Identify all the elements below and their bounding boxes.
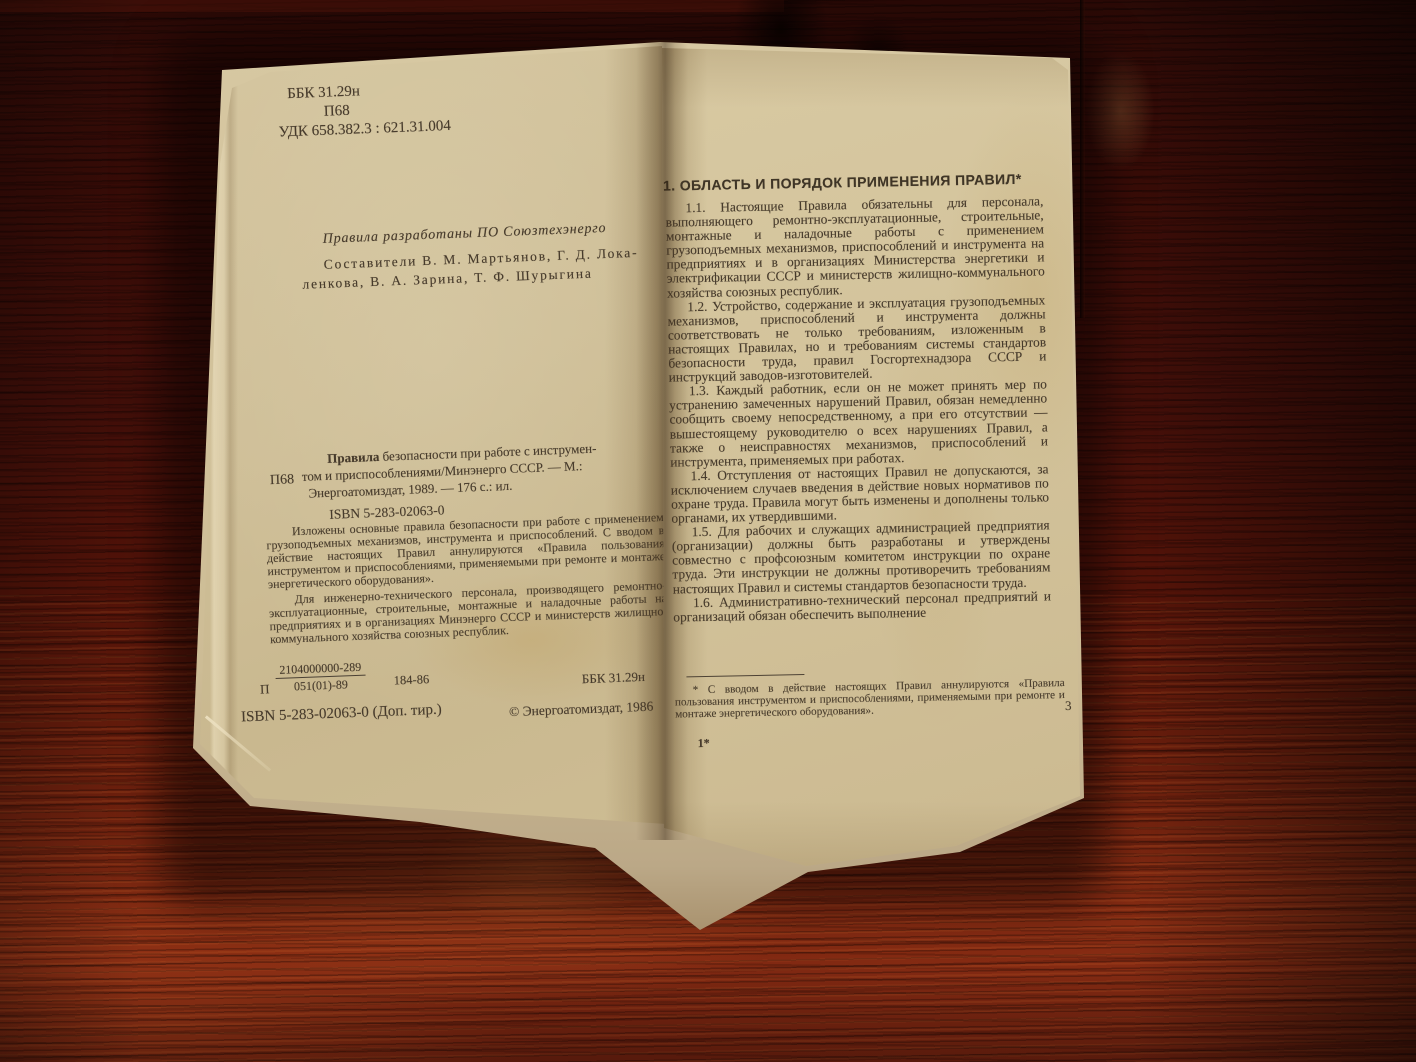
footnote-block: * С вводом в действие настоящих Правил а… [675,677,1066,721]
catalog-card-title: Правила [327,449,380,466]
isbn-bottom-line: ISBN 5-283-02063-0 (Доп. тир.) [241,702,442,727]
left-page-content: ББК 31.29н П68 УДК 658.382.3 : 621.31.00… [166,37,684,839]
print-code-prefix: П [260,681,270,697]
photo-of-open-book: { "colors": { "wood-dark": "#390c07", "w… [0,0,1416,1062]
right-page-content: 1. ОБЛАСТЬ И ПОРЯДОК ПРИМЕНЕНИЯ ПРАВИЛ* … [650,36,1096,890]
paragraph-1-5: 1.5. Для рабочих и служащих администраци… [672,518,1051,596]
annotation-block: Изложены основные правила безопасности п… [266,511,668,649]
annotation-paragraph-2: Для инженерно-технического персонала, пр… [268,579,668,646]
bibliographic-codes-block: ББК 31.29н П68 УДК 658.382.3 : 621.31.00… [277,79,451,143]
udk-code: УДК 658.382.3 : 621.31.004 [278,117,451,143]
chapter-heading: 1. ОБЛАСТЬ И ПОРЯДОК ПРИМЕНЕНИЯ ПРАВИЛ* [663,171,1022,194]
print-code-denominator: 051(01)-89 [276,676,367,694]
copyright-line: © Энергоатомиздат, 1986 [509,699,654,721]
developed-by-line: Правила разработаны ПО Союзтехэнерго [323,221,607,248]
paragraph-1-3: 1.3. Каждый работник, если он не может п… [669,378,1049,470]
catalog-card-index: П68 [270,472,295,489]
right-page: 1. ОБЛАСТЬ И ПОРЯДОК ПРИМЕНЕНИЯ ПРАВИЛ* … [656,40,1086,886]
footnote-separator-rule [686,674,804,677]
left-page: ББК 31.29н П68 УДК 658.382.3 : 621.31.00… [180,44,668,828]
chapter-body-text: 1.1. Настоящие Правила обязательны для п… [665,194,1051,624]
paragraph-1-4: 1.4. Отступления от настоящих Правил не … [670,462,1049,526]
paragraph-1-2: 1.2. Устройство, содержание и эксплуатац… [667,293,1047,385]
signature-mark: 1* [698,736,710,751]
book-gutter-shadow [636,40,688,840]
paragraph-1-1: 1.1. Настоящие Правила обязательны для п… [665,194,1045,300]
print-code-suffix: 184-86 [394,672,430,688]
footnote-text: * С вводом в действие настоящих Правил а… [675,677,1066,721]
print-code-fraction: 2104000000-289 051(01)-89 [275,660,366,694]
catalog-card: Правила безопасности при работе с инстру… [301,436,685,502]
annotation-paragraph-1: Изложены основные правила безопасности п… [266,511,666,591]
paragraph-1-6: 1.6. Административно-технический персона… [673,589,1051,624]
page-number: 3 [1065,698,1072,714]
